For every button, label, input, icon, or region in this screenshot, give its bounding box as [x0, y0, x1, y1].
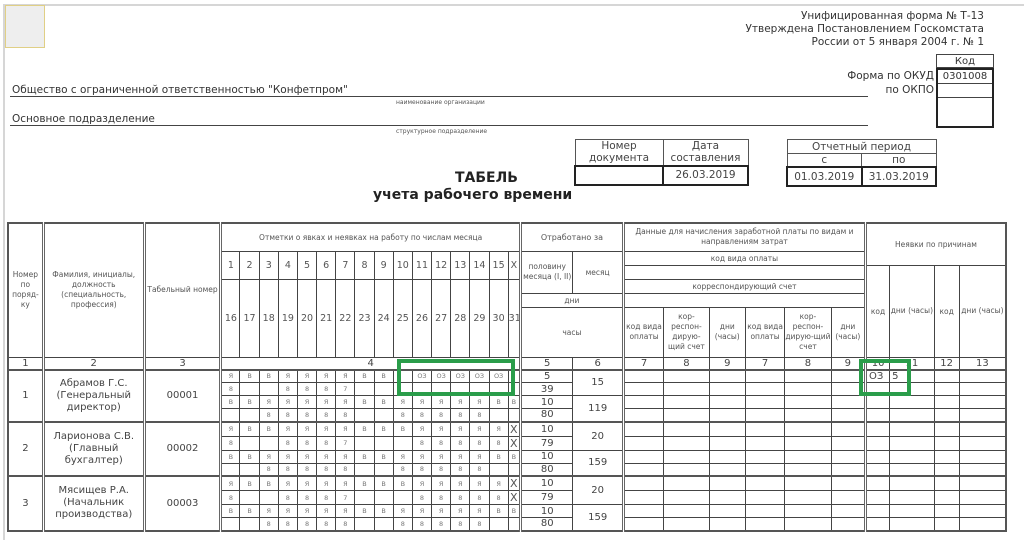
header-sub-corr-2: кор-респон-дирую-щий счет [785, 307, 831, 357]
image-placeholder [5, 5, 45, 48]
header-payroll: Данные для начисления заработной платы п… [623, 223, 865, 251]
day-cell: Я [221, 422, 240, 437]
day-header: 7 [336, 251, 355, 279]
day-cell: 8 [317, 436, 336, 450]
day-header: 26 [412, 279, 431, 357]
payroll-cell [831, 505, 865, 518]
day-cell: В [374, 370, 393, 383]
day-cell: Я [221, 476, 240, 491]
organization-caption: наименование организации [396, 99, 485, 106]
day-cell: Я [489, 422, 508, 437]
absence-days [890, 476, 934, 491]
day-cell: В [393, 476, 412, 491]
payroll-cell [664, 396, 709, 409]
day-cell: В [240, 370, 259, 383]
day-cell: 8 [451, 491, 470, 505]
day-cell: 8 [259, 518, 278, 531]
day-cell: ОЗ [451, 370, 470, 383]
absence-days: 5 [890, 370, 934, 383]
day-header: 15 [489, 251, 508, 279]
day-cell [240, 383, 259, 396]
day-header: 27 [432, 279, 451, 357]
day-cell: Я [432, 422, 451, 437]
absence-code-2 [934, 436, 959, 450]
col-number: 12 [934, 357, 959, 370]
day-cell: Я [336, 370, 355, 383]
payroll-cell [623, 422, 663, 437]
day-cell: Я [317, 370, 336, 383]
half2-hours: 80 [520, 409, 572, 422]
day-cell: Я [336, 422, 355, 437]
day-cell: Я [297, 450, 316, 463]
payroll-cell [664, 422, 709, 437]
day-cell: Я [317, 396, 336, 409]
day-cell: В [489, 396, 508, 409]
payroll-cell [709, 383, 745, 396]
day-cell [355, 518, 374, 531]
day-cell: 8 [297, 436, 316, 450]
payroll-cell [745, 370, 784, 383]
day-cell: ОЗ [412, 370, 431, 383]
absence-days-2 [959, 396, 1006, 409]
day-cell: 8 [317, 409, 336, 422]
header-blank [623, 265, 865, 279]
day-cell: В [240, 422, 259, 437]
form-info-line3: России от 5 января 2004 г. № 1 [745, 36, 984, 49]
day-cell: Я [412, 396, 431, 409]
day-cell: В [221, 450, 240, 463]
absence-days-2 [959, 518, 1006, 531]
payroll-cell [831, 491, 865, 505]
payroll-cell [831, 463, 865, 476]
payroll-cell [785, 463, 831, 476]
day-cell: Я [412, 450, 431, 463]
day-header: 24 [374, 279, 393, 357]
day-cell [221, 518, 240, 531]
day-cell: В [374, 450, 393, 463]
absence-days-2 [959, 383, 1006, 396]
payroll-cell [785, 491, 831, 505]
absence-days [890, 396, 934, 409]
col-number: 11 [890, 357, 934, 370]
payroll-cell [709, 422, 745, 437]
day-cell: Я [393, 450, 412, 463]
day-cell: Я [470, 422, 489, 437]
day-cell: Я [451, 505, 470, 518]
day-cell: В [221, 396, 240, 409]
day-cell: Я [432, 476, 451, 491]
doc-date-label: Дата составления [663, 140, 748, 166]
header-month: месяц [573, 251, 623, 293]
day-cell: В [508, 450, 520, 463]
form-info-line2: Утверждена Постановлением Госкомстата [745, 23, 984, 36]
absence-code-2 [934, 476, 959, 491]
day-cell: Я [470, 476, 489, 491]
col-number: 8 [785, 357, 831, 370]
day-cell: Я [317, 422, 336, 437]
absence-code-2 [934, 370, 959, 383]
day-cell: Я [470, 450, 489, 463]
day-cell: 8 [297, 409, 316, 422]
day-cell: 8 [297, 518, 316, 531]
col-number: 4 [221, 357, 521, 370]
header-sub-days-2: дни (часы) [831, 307, 865, 357]
payroll-cell [664, 383, 709, 396]
payroll-cell [745, 409, 784, 422]
day-cell [240, 491, 259, 505]
absence-code [865, 491, 889, 505]
absence-days [890, 383, 934, 396]
day-cell: 8 [489, 436, 508, 450]
payroll-cell [623, 518, 663, 531]
day-cell: 8 [317, 491, 336, 505]
timesheet-table: Номер по поряд-куФамилия, инициалы, долж… [7, 222, 1007, 532]
day-header: 11 [412, 251, 431, 279]
day-cell [355, 383, 374, 396]
day-cell: Я [297, 422, 316, 437]
absence-days-2 [959, 370, 1006, 383]
day-cell [393, 491, 412, 505]
day-cell [489, 383, 508, 396]
header-corr-account: корреспондирующий счет [623, 279, 865, 293]
absence-days [890, 409, 934, 422]
day-cell: 8 [278, 383, 297, 396]
employee-name: Ларионова С.В. (Главный бухгалтер) [43, 422, 144, 477]
day-cell: 7 [336, 436, 355, 450]
day-header: 1 [221, 251, 240, 279]
day-cell: Я [393, 505, 412, 518]
day-cell: X [508, 491, 520, 505]
doc-number-value [575, 166, 663, 185]
day-cell [374, 409, 393, 422]
absence-code-2 [934, 450, 959, 463]
day-cell: Я [432, 396, 451, 409]
day-cell: В [374, 396, 393, 409]
payroll-cell [745, 476, 784, 491]
col-number: 2 [43, 357, 144, 370]
day-cell [259, 491, 278, 505]
day-cell: Я [278, 370, 297, 383]
payroll-cell [709, 396, 745, 409]
payroll-cell [623, 436, 663, 450]
payroll-cell [831, 422, 865, 437]
employee-number: 2 [8, 422, 43, 477]
day-header: X [508, 251, 520, 279]
day-cell: 8 [470, 463, 489, 476]
day-cell: 8 [297, 463, 316, 476]
day-cell: Я [259, 396, 278, 409]
day-cell: В [508, 396, 520, 409]
payroll-cell [664, 491, 709, 505]
day-cell: 8 [470, 491, 489, 505]
absence-code [865, 383, 889, 396]
day-cell: Я [336, 450, 355, 463]
period-from-value: 01.03.2019 [787, 167, 862, 186]
day-cell: 8 [278, 409, 297, 422]
payroll-cell [623, 370, 663, 383]
okud-label: Форма по ОКУД [847, 70, 934, 82]
payroll-cell [831, 370, 865, 383]
payroll-cell [623, 383, 663, 396]
header-number: Номер по поряд-ку [8, 223, 43, 357]
day-cell: 8 [432, 491, 451, 505]
absence-days [890, 518, 934, 531]
payroll-cell [785, 422, 831, 437]
header-abs-days: дни (часы) [890, 265, 934, 357]
month-hours: 159 [573, 450, 623, 476]
payroll-cell [709, 491, 745, 505]
department-caption: структурное подразделение [396, 128, 487, 135]
day-cell: 8 [412, 463, 431, 476]
day-cell [355, 463, 374, 476]
day-cell: 8 [432, 436, 451, 450]
month-hours: 159 [573, 505, 623, 531]
header-sub-pay-code: код вида оплаты [623, 307, 663, 357]
day-cell: 8 [221, 383, 240, 396]
day-header: 18 [259, 279, 278, 357]
header-pay-code: код вида оплаты [623, 251, 865, 265]
absence-code-2 [934, 491, 959, 505]
payroll-cell [785, 396, 831, 409]
day-cell: 8 [432, 463, 451, 476]
day-cell: 7 [336, 383, 355, 396]
day-cell: В [508, 505, 520, 518]
absence-days [890, 463, 934, 476]
header-days: дни [520, 293, 623, 307]
payroll-cell [745, 436, 784, 450]
day-cell: В [355, 476, 374, 491]
absence-days [890, 450, 934, 463]
day-cell: Я [221, 370, 240, 383]
payroll-cell [709, 409, 745, 422]
payroll-cell [831, 436, 865, 450]
day-cell [432, 383, 451, 396]
payroll-cell [623, 396, 663, 409]
month-days: 20 [573, 476, 623, 505]
day-cell: Я [278, 476, 297, 491]
day-cell: 8 [412, 409, 431, 422]
day-cell: 8 [432, 518, 451, 531]
header-tab-number: Табельный номер [144, 223, 221, 357]
day-cell: Я [259, 450, 278, 463]
day-cell: 8 [451, 436, 470, 450]
period-to-value: 31.03.2019 [862, 167, 937, 186]
table-row: 3Мясищев Р.А. (Начальник производства)00… [8, 476, 1006, 491]
day-cell [412, 383, 431, 396]
day-cell: Я [470, 505, 489, 518]
day-cell: Я [451, 422, 470, 437]
day-cell: 8 [336, 409, 355, 422]
payroll-cell [709, 450, 745, 463]
day-cell: 8 [259, 463, 278, 476]
day-cell [508, 409, 520, 422]
half2-days: 10 [520, 450, 572, 463]
day-header: 16 [221, 279, 240, 357]
day-cell: 7 [336, 491, 355, 505]
employee-tab-number: 00003 [144, 476, 221, 531]
day-cell: Я [317, 505, 336, 518]
day-header: 22 [336, 279, 355, 357]
payroll-cell [709, 463, 745, 476]
payroll-cell [785, 370, 831, 383]
absence-days-2 [959, 422, 1006, 437]
day-cell [508, 518, 520, 531]
absence-code-2 [934, 463, 959, 476]
employee-tab-number: 00002 [144, 422, 221, 477]
day-cell: В [259, 370, 278, 383]
day-cell [508, 463, 520, 476]
col-number: 9 [709, 357, 745, 370]
header-blank [623, 293, 865, 307]
title-main: ТАБЕЛЬ [455, 170, 518, 186]
day-header: 3 [259, 251, 278, 279]
absence-days-2 [959, 491, 1006, 505]
col-number: 7 [745, 357, 784, 370]
day-cell [221, 463, 240, 476]
month-hours: 119 [573, 396, 623, 422]
day-cell [374, 518, 393, 531]
payroll-cell [709, 505, 745, 518]
payroll-cell [623, 450, 663, 463]
header-marks: Отметки о явках и неявках на работу по ч… [221, 223, 521, 251]
day-cell: Я [297, 476, 316, 491]
day-cell: 8 [221, 436, 240, 450]
table-row: 1Абрамов Г.С. (Генеральный директор)0000… [8, 370, 1006, 383]
payroll-cell [664, 505, 709, 518]
period-to-label: по [862, 154, 937, 168]
col-number: 3 [144, 357, 221, 370]
payroll-cell [745, 463, 784, 476]
day-cell: 8 [470, 409, 489, 422]
absence-code [865, 450, 889, 463]
day-cell [508, 370, 520, 383]
payroll-cell [664, 436, 709, 450]
code-header: Код [936, 54, 994, 68]
payroll-cell [709, 518, 745, 531]
absence-code [865, 518, 889, 531]
table-row: 2Ларионова С.В. (Главный бухгалтер)00002… [8, 422, 1006, 437]
day-cell: Я [432, 450, 451, 463]
absence-days-2 [959, 409, 1006, 422]
day-cell: В [355, 422, 374, 437]
day-cell [259, 436, 278, 450]
day-cell [393, 436, 412, 450]
absence-code-2 [934, 409, 959, 422]
col-number: 8 [664, 357, 709, 370]
day-cell: 8 [278, 463, 297, 476]
day-cell: X [508, 476, 520, 491]
day-header: 8 [355, 251, 374, 279]
header-abs-code-2: код [934, 265, 959, 357]
day-cell: 8 [317, 518, 336, 531]
day-cell [221, 409, 240, 422]
day-header: 25 [393, 279, 412, 357]
code-empty [938, 98, 992, 126]
absence-code-2 [934, 505, 959, 518]
day-cell: 8 [393, 409, 412, 422]
organization-name: Общество с ограниченной ответственностью… [10, 84, 868, 97]
day-cell: Я [336, 505, 355, 518]
day-cell: Я [336, 396, 355, 409]
day-header: 4 [278, 251, 297, 279]
employee-tab-number: 00001 [144, 370, 221, 422]
doc-date-value: 26.03.2019 [663, 166, 748, 185]
okud-value: 0301008 [938, 70, 992, 84]
day-cell: 8 [451, 409, 470, 422]
month-days: 20 [573, 422, 623, 451]
day-header: 31 [508, 279, 520, 357]
col-number: 9 [831, 357, 865, 370]
absence-days-2 [959, 450, 1006, 463]
col-number: 13 [959, 357, 1006, 370]
day-header: 14 [470, 251, 489, 279]
absence-code-2 [934, 383, 959, 396]
day-cell: Я [489, 476, 508, 491]
day-cell: В [355, 396, 374, 409]
period-table: Отчетный период с по 01.03.2019 31.03.20… [786, 139, 937, 187]
doc-number-label: Номер документа [575, 140, 663, 166]
payroll-cell [664, 370, 709, 383]
employee-name: Мясищев Р.А. (Начальник производства) [43, 476, 144, 531]
day-cell: Я [412, 422, 431, 437]
month-days: 15 [573, 370, 623, 396]
day-cell [240, 436, 259, 450]
day-cell: 8 [393, 518, 412, 531]
payroll-cell [623, 505, 663, 518]
payroll-cell [831, 383, 865, 396]
day-cell: В [259, 476, 278, 491]
day-cell: В [374, 505, 393, 518]
day-cell: 8 [278, 491, 297, 505]
day-cell: Я [336, 476, 355, 491]
half1-days: 10 [520, 422, 572, 437]
day-header: 6 [317, 251, 336, 279]
day-cell: ОЗ [470, 370, 489, 383]
header-sub-pay-code-2: код вида оплаты [745, 307, 784, 357]
payroll-cell [785, 436, 831, 450]
day-cell: Я [278, 396, 297, 409]
absence-code-2 [934, 422, 959, 437]
day-cell: Я [259, 505, 278, 518]
day-header: 21 [317, 279, 336, 357]
day-header: 29 [470, 279, 489, 357]
okpo-label: по ОКПО [885, 84, 934, 96]
half1-hours: 79 [520, 436, 572, 450]
header-name: Фамилия, инициалы, должность (специально… [43, 223, 144, 357]
form-info-line1: Унифицированная форма № Т-13 [745, 10, 984, 23]
day-cell: 8 [489, 491, 508, 505]
absence-code-2 [934, 396, 959, 409]
col-number: 5 [520, 357, 572, 370]
employee-name: Абрамов Г.С. (Генеральный директор) [43, 370, 144, 422]
header-hours: часы [520, 307, 623, 357]
day-cell: Я [412, 476, 431, 491]
form-info: Унифицированная форма № Т-13 Утверждена … [745, 10, 984, 49]
day-cell: В [393, 422, 412, 437]
payroll-cell [623, 409, 663, 422]
day-cell: 8 [297, 491, 316, 505]
day-header: 30 [489, 279, 508, 357]
okpo-value [938, 84, 992, 98]
day-cell: В [355, 450, 374, 463]
payroll-cell [709, 370, 745, 383]
day-cell: 8 [336, 518, 355, 531]
day-cell: Я [297, 370, 316, 383]
payroll-cell [831, 409, 865, 422]
day-cell: 8 [470, 518, 489, 531]
absence-code [865, 436, 889, 450]
day-cell: В [240, 450, 259, 463]
